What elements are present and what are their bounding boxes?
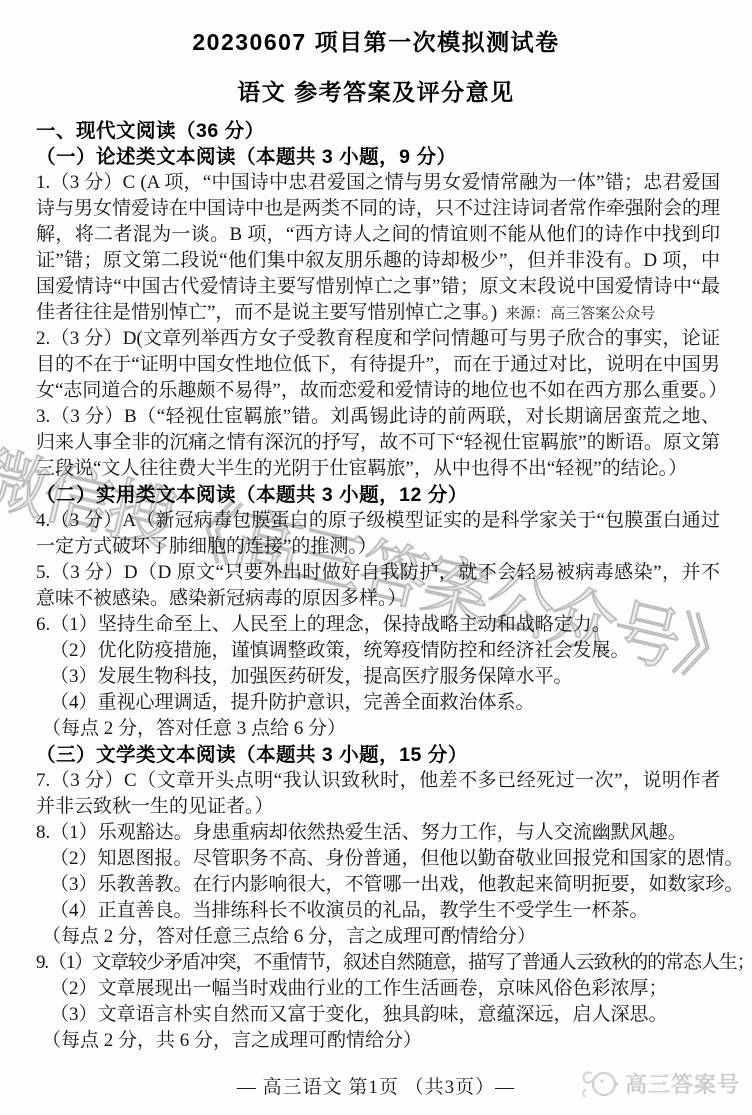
answer-q6-point3: （3）发展生物科技，加强医药研发，提高医疗服务保障水平。	[36, 664, 720, 690]
exam-answer-page: 微信搜《高三答案公众号》 20230607 项目第一次模拟测试卷 语文 参考答案…	[0, 0, 752, 1115]
answers-content: 一、现代文阅读（36 分） （一）论述类文本阅读（本题共 3 小题，9 分） 1…	[36, 118, 720, 1054]
answer-q8-point2: （2）知恩图报。尽管职务不高、身份普通，但他以勤奋敬业回报党和国家的恩情。	[36, 846, 720, 872]
answer-q3: 3.（3 分）B（“轻视仕宦羁旅”错。刘禹锡此诗的前两联，对长期谪居蛮荒之地、归…	[36, 404, 720, 482]
answer-q2: 2.（3 分）D(文章列举西方女子受教育程度和学问情趣可与男子欣合的事实，论证目…	[36, 326, 720, 404]
answer-q6-scoring-note: （每点 2 分，答对任意 3 点给 6 分）	[36, 716, 720, 742]
answer-q4: 4.（3 分）A（新冠病毒包膜蛋白的原子级模型证实的是科学家关于“包膜蛋白通过一…	[36, 508, 720, 560]
publisher-name: 高三答案号	[625, 1068, 740, 1099]
part-1-heading: （一）论述类文本阅读（本题共 3 小题，9 分）	[36, 144, 720, 170]
bird-mascot-icon	[580, 1067, 618, 1099]
answer-q5: 5.（3 分）D（D 原文“只要外出时做好自我防护，就不会轻易被病毒感染”，并不…	[36, 560, 720, 612]
answer-q8-point3: （3）乐教善教。在行内影响很大，不管哪一出戏，他教起来简明扼要，如数家珍。	[36, 872, 720, 898]
answer-q8-point4: （4）正直善良。当排练科长不收演员的礼品，教学生不受学生一杯茶。	[36, 898, 720, 924]
answer-q8-scoring-note: （每点 2 分，答对任意三点给 6 分，言之成理可酌情给分）	[36, 924, 720, 950]
page-header: 20230607 项目第一次模拟测试卷 语文 参考答案及评分意见	[0, 0, 752, 107]
answer-q9-point2: （2）文章展现出一幅当时戏曲行业的工作生活画卷，京味风俗色彩浓厚；	[36, 976, 720, 1002]
part-3-heading: （三）文学类文本阅读（本题共 3 小题，15 分）	[36, 742, 720, 768]
source-note: 来源：高三答案公众号	[505, 304, 655, 322]
answer-q8-point1: 8.（1）乐观豁达。身患重病却依然热爱生活、努力工作，与人交流幽默风趣。	[36, 820, 720, 846]
answer-q1: 1.（3 分）C (A 项，“中国诗中忠君爱国之情与男女爱情常融为一体”错；忠君…	[36, 170, 720, 326]
answer-q9-point1: 9.（1）文章较少矛盾冲突，不重情节，叙述自然随意，描写了普通人云致秋的的常态人…	[36, 950, 720, 976]
publisher-watermark: 高三答案号	[580, 1067, 740, 1099]
answer-q1-text: 1.（3 分）C (A 项，“中国诗中忠君爱国之情与男女爱情常融为一体”错；忠君…	[36, 172, 720, 323]
exam-title: 20230607 项目第一次模拟测试卷	[0, 24, 752, 57]
answer-q7: 7.（3 分）C（文章开头点明“我认识致秋时，他差不多已经死过一次”，说明作者并…	[36, 768, 720, 820]
answer-q6-point1: 6.（1）坚持生命至上、人民至上的理念，保持战略主动和战略定力。	[36, 612, 720, 638]
answer-q9-scoring-note: （每点 2 分，共 6 分，言之成理可酌情给分）	[36, 1028, 720, 1054]
answer-q6-point4: （4）重视心理调适，提升防护意识，完善全面救治体系。	[36, 690, 720, 716]
part-2-heading: （二）实用类文本阅读（本题共 3 小题，12 分）	[36, 482, 720, 508]
page-number-label: — 高三语文 第1页 （共3页）—	[237, 1077, 515, 1098]
answer-q6-point2: （2）优化防疫措施，谨慎调整政策，统筹疫情防控和经济社会发展。	[36, 638, 720, 664]
answer-q9-point3: （3）文章语言朴实自然而又富于变化，独具韵味，意蕴深远，启人深思。	[36, 1002, 720, 1028]
subject-answer-title: 语文 参考答案及评分意见	[0, 74, 752, 107]
section-1-heading: 一、现代文阅读（36 分）	[36, 118, 720, 144]
